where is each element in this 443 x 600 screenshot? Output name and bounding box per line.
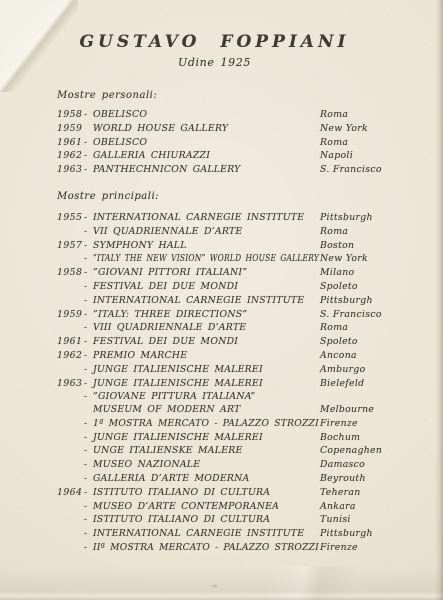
dash-separator: - bbox=[84, 280, 93, 294]
exhibition-row: - VIII QUADRIENNALE D’ARTE Roma bbox=[57, 321, 443, 335]
exhibition-year: 1963 bbox=[57, 163, 84, 177]
exhibition-title: ISTITUTO ITALIANO DI CULTURA bbox=[93, 513, 270, 527]
exhibition-row: 1958 - ”GIOVANI PITTORI ITALIANI” Milano bbox=[57, 266, 443, 280]
exhibition-title: FESTIVAL DEI DUE MONDI bbox=[93, 280, 238, 294]
dash-separator: - bbox=[84, 377, 93, 391]
dash-separator: - bbox=[84, 252, 93, 266]
exhibition-title-block: OBELISCO bbox=[93, 108, 320, 122]
exhibition-city: Roma bbox=[320, 225, 443, 239]
exhibition-row: - MUSEO D’ARTE CONTEMPORANEA Ankara bbox=[57, 500, 443, 514]
exhibition-title: JUNGE ITALIENISCHE MALEREI bbox=[93, 363, 263, 377]
exhibition-title-block: ISTITUTO ITALIANO DI CULTURA bbox=[93, 486, 320, 500]
dash-separator: - bbox=[84, 472, 93, 486]
exhibition-city: Firenze bbox=[320, 417, 443, 431]
exhibition-row: 1958 - OBELISCO Roma bbox=[57, 108, 443, 122]
exhibition-title: VII QUADRIENNALE D’ARTE bbox=[93, 225, 242, 239]
exhibition-title: MUSEO NAZIONALE bbox=[93, 458, 200, 472]
exhibition-title: ”GIOVANE PITTURA ITALIANA” bbox=[93, 390, 255, 404]
exhibition-title: SYMPHONY HALL bbox=[93, 239, 187, 253]
exhibition-title: JUNGE ITALIENISCHE MALEREI bbox=[93, 431, 263, 445]
exhibition-year: 1964 bbox=[57, 486, 84, 500]
page-title: GUSTAVO FOPPIANI bbox=[0, 32, 429, 52]
exhibition-title-block: FESTIVAL DEI DUE MONDI bbox=[93, 280, 320, 294]
section-mostre-personali: Mostre personali: 1958 - OBELISCO Roma 1… bbox=[0, 90, 443, 177]
exhibition-city: Spoleto bbox=[320, 335, 443, 349]
exhibition-title-line2: MUSEUM OF MODERN ART bbox=[93, 404, 319, 417]
exhibition-year: 1962 bbox=[57, 149, 84, 163]
exhibition-title: ”ITALY THE NEW VISION” WORLD HOUSE GALLE… bbox=[93, 252, 319, 266]
exhibition-city: Tunisi bbox=[320, 513, 443, 527]
exhibition-row: 1959 WORLD HOUSE GALLERY New York bbox=[57, 122, 443, 136]
dash-separator: - bbox=[84, 513, 93, 527]
exhibition-title-block: ”GIOVANI PITTORI ITALIANI” bbox=[93, 266, 320, 280]
exhibition-title: MUSEO D’ARTE CONTEMPORANEA bbox=[93, 500, 279, 514]
exhibition-city: New York bbox=[320, 252, 443, 266]
exhibition-list: 1955 - INTERNATIONAL CARNEGIE INSTITUTE … bbox=[0, 211, 443, 555]
exhibition-row: 1957 - SYMPHONY HALL Boston bbox=[57, 239, 443, 253]
exhibition-row: - INTERNATIONAL CARNEGIE INSTITUTE Pitts… bbox=[57, 527, 443, 541]
exhibition-title-block: JUNGE ITALIENISCHE MALEREI bbox=[93, 377, 320, 391]
exhibition-title: VIII QUADRIENNALE D’ARTE bbox=[93, 321, 246, 335]
exhibition-list: 1958 - OBELISCO Roma 1959 WORLD HOUSE GA… bbox=[0, 108, 443, 177]
exhibition-row: - GALLERIA D’ARTE MODERNA Beyrouth bbox=[57, 472, 443, 486]
exhibition-title: GALLERIA CHIURAZZI bbox=[93, 149, 210, 163]
exhibition-row: - IIª MOSTRA MERCATO - PALAZZO STROZZI F… bbox=[57, 541, 443, 555]
dash-separator: - bbox=[84, 486, 93, 500]
exhibition-city: Pittsburgh bbox=[320, 211, 443, 225]
exhibition-row: - JUNGE ITALIENISCHE MALEREI Bochum bbox=[57, 431, 443, 445]
exhibition-title-block: INTERNATIONAL CARNEGIE INSTITUTE bbox=[93, 294, 320, 308]
exhibition-title-block: UNGE ITALIENSKE MALERE bbox=[93, 444, 320, 458]
exhibition-title: PREMIO MARCHE bbox=[93, 349, 187, 363]
dash-separator: - bbox=[84, 527, 93, 541]
section-heading: Mostre personali: bbox=[57, 90, 443, 102]
dash-separator: - bbox=[84, 266, 93, 280]
exhibition-title-block: ”ITALY THE NEW VISION” WORLD HOUSE GALLE… bbox=[93, 252, 320, 266]
dash-separator: - bbox=[84, 239, 93, 253]
paper-crease-bottom bbox=[0, 566, 443, 600]
dash-separator: - bbox=[84, 225, 93, 239]
exhibition-title-block: JUNGE ITALIENISCHE MALEREI bbox=[93, 363, 320, 377]
exhibition-year: 1958 bbox=[57, 108, 84, 122]
exhibition-city: Damasco bbox=[320, 458, 443, 472]
exhibition-title: INTERNATIONAL CARNEGIE INSTITUTE bbox=[93, 294, 304, 308]
exhibition-year: 1961 bbox=[57, 335, 84, 349]
dash-separator: - bbox=[84, 349, 93, 363]
exhibition-row: - FESTIVAL DEI DUE MONDI Spoleto bbox=[57, 280, 443, 294]
section-heading: Mostre principali: bbox=[57, 191, 443, 203]
exhibition-year: 1958 bbox=[57, 266, 84, 280]
exhibition-city: Teheran bbox=[320, 486, 443, 500]
exhibition-city: Bielefeld bbox=[320, 377, 443, 391]
exhibition-year: 1963 bbox=[57, 377, 84, 391]
exhibition-city: Boston bbox=[320, 239, 443, 253]
exhibition-title: ISTITUTO ITALIANO DI CULTURA bbox=[93, 486, 270, 500]
exhibition-title: ”ITALY: THREE DIRECTIONS” bbox=[93, 308, 247, 322]
exhibition-title-block: GALLERIA CHIURAZZI bbox=[93, 149, 320, 163]
section-mostre-principali: Mostre principali: 1955 - INTERNATIONAL … bbox=[0, 191, 443, 555]
exhibition-title-block: VII QUADRIENNALE D’ARTE bbox=[93, 225, 320, 239]
exhibition-city: Spoleto bbox=[320, 280, 443, 294]
exhibition-title: INTERNATIONAL CARNEGIE INSTITUTE bbox=[93, 527, 304, 541]
exhibition-title: 1ª MOSTRA MERCATO - PALAZZO STROZZI bbox=[93, 417, 319, 431]
exhibition-title: FESTIVAL DEI DUE MONDI bbox=[93, 335, 238, 349]
dash-separator: - bbox=[84, 335, 93, 349]
exhibition-title: WORLD HOUSE GALLERY bbox=[93, 122, 228, 136]
exhibition-title-block: OBELISCO bbox=[93, 136, 320, 150]
exhibition-year: 1962 bbox=[57, 349, 84, 363]
exhibition-row: 1961 - FESTIVAL DEI DUE MONDI Spoleto bbox=[57, 335, 443, 349]
exhibition-title-block: 1ª MOSTRA MERCATO - PALAZZO STROZZI bbox=[93, 417, 320, 431]
exhibition-row: - ”ITALY THE NEW VISION” WORLD HOUSE GAL… bbox=[57, 252, 443, 266]
dash-separator: - bbox=[84, 417, 93, 431]
exhibition-row: - MUSEO NAZIONALE Damasco bbox=[57, 458, 443, 472]
dash-separator: - bbox=[84, 431, 93, 445]
exhibition-year: 1961 bbox=[57, 136, 84, 150]
exhibition-city: S. Francisco bbox=[320, 163, 443, 177]
exhibition-row: 1959 - ”ITALY: THREE DIRECTIONS” S. Fran… bbox=[57, 308, 443, 322]
dash-separator: - bbox=[84, 108, 93, 122]
exhibition-title-block: IIª MOSTRA MERCATO - PALAZZO STROZZI bbox=[93, 541, 320, 555]
exhibition-city: Ankara bbox=[320, 500, 443, 514]
dash-separator: - bbox=[84, 136, 93, 150]
exhibition-city: Copenaghen bbox=[320, 444, 443, 458]
exhibition-title: UNGE ITALIENSKE MALERE bbox=[93, 444, 243, 458]
exhibition-title-block: JUNGE ITALIENISCHE MALEREI bbox=[93, 431, 320, 445]
exhibition-title: GALLERIA D’ARTE MODERNA bbox=[93, 472, 250, 486]
exhibition-city: Bochum bbox=[320, 431, 443, 445]
exhibition-city: Roma bbox=[320, 321, 443, 335]
exhibition-row: 1962 - PREMIO MARCHE Ancona bbox=[57, 349, 443, 363]
exhibition-title-block: ISTITUTO ITALIANO DI CULTURA bbox=[93, 513, 320, 527]
page-subtitle: Udine 1925 bbox=[0, 56, 429, 69]
dash-separator: - bbox=[84, 363, 93, 377]
exhibition-title-block: MUSEO NAZIONALE bbox=[93, 458, 320, 472]
exhibition-row: 1963 - PANTHECHNICON GALLERY S. Francisc… bbox=[57, 163, 443, 177]
exhibition-city: Ancona bbox=[320, 349, 443, 363]
exhibition-row: - 1ª MOSTRA MERCATO - PALAZZO STROZZI Fi… bbox=[57, 417, 443, 431]
exhibition-year: 1959 bbox=[57, 308, 84, 322]
exhibition-title-block: INTERNATIONAL CARNEGIE INSTITUTE bbox=[93, 527, 320, 541]
dash-separator: - bbox=[84, 458, 93, 472]
exhibition-title-block: WORLD HOUSE GALLERY bbox=[93, 122, 320, 136]
exhibition-row: 1963 - JUNGE ITALIENISCHE MALEREI Bielef… bbox=[57, 377, 443, 391]
exhibition-title-block: INTERNATIONAL CARNEGIE INSTITUTE bbox=[93, 211, 320, 225]
dash-separator: - bbox=[84, 321, 93, 335]
exhibition-city: Melbourne bbox=[320, 403, 443, 417]
dash-separator: - bbox=[84, 149, 93, 163]
exhibition-title: IIª MOSTRA MERCATO - PALAZZO STROZZI bbox=[93, 541, 319, 555]
dash-separator: - bbox=[84, 541, 93, 555]
exhibition-row: 1964 - ISTITUTO ITALIANO DI CULTURA Tehe… bbox=[57, 486, 443, 500]
exhibition-city: Beyrouth bbox=[320, 472, 443, 486]
exhibition-title: INTERNATIONAL CARNEGIE INSTITUTE bbox=[93, 211, 304, 225]
dash-separator: - bbox=[84, 211, 93, 225]
exhibition-title: JUNGE ITALIENISCHE MALEREI bbox=[93, 377, 263, 391]
exhibition-title-block: SYMPHONY HALL bbox=[93, 239, 320, 253]
dash-separator: - bbox=[84, 308, 93, 322]
exhibition-row: - VII QUADRIENNALE D’ARTE Roma bbox=[57, 225, 443, 239]
exhibition-row: - ”GIOVANE PITTURA ITALIANA” MUSEUM OF M… bbox=[57, 390, 443, 416]
exhibition-year: 1957 bbox=[57, 239, 84, 253]
exhibition-title: PANTHECHNICON GALLERY bbox=[93, 163, 241, 177]
dash-separator: - bbox=[84, 444, 93, 458]
exhibition-title-block: FESTIVAL DEI DUE MONDI bbox=[93, 335, 320, 349]
exhibition-row: 1955 - INTERNATIONAL CARNEGIE INSTITUTE … bbox=[57, 211, 443, 225]
dash-separator: - bbox=[84, 163, 93, 177]
exhibition-city: Amburgo bbox=[320, 363, 443, 377]
scanned-exhibition-page: GUSTAVO FOPPIANI Udine 1925 Mostre perso… bbox=[0, 0, 443, 600]
exhibition-row: 1961 - OBELISCO Roma bbox=[57, 136, 443, 150]
exhibition-city: S. Francisco bbox=[320, 308, 443, 322]
exhibition-city: Pittsburgh bbox=[320, 294, 443, 308]
exhibition-title-block: ”GIOVANE PITTURA ITALIANA” MUSEUM OF MOD… bbox=[93, 390, 320, 416]
exhibition-title-block: PREMIO MARCHE bbox=[93, 349, 320, 363]
exhibition-sections: Mostre personali: 1958 - OBELISCO Roma 1… bbox=[0, 90, 443, 555]
exhibition-city: Pittsburgh bbox=[320, 527, 443, 541]
exhibition-title-block: ”ITALY: THREE DIRECTIONS” bbox=[93, 308, 320, 322]
exhibition-row: - UNGE ITALIENSKE MALERE Copenaghen bbox=[57, 444, 443, 458]
exhibition-city: Roma bbox=[320, 136, 443, 150]
exhibition-row: - INTERNATIONAL CARNEGIE INSTITUTE Pitts… bbox=[57, 294, 443, 308]
exhibition-title-block: PANTHECHNICON GALLERY bbox=[93, 163, 320, 177]
exhibition-title-block: MUSEO D’ARTE CONTEMPORANEA bbox=[93, 500, 320, 514]
exhibition-row: - JUNGE ITALIENISCHE MALEREI Amburgo bbox=[57, 363, 443, 377]
dash-separator: - bbox=[84, 294, 93, 308]
dash-separator: - bbox=[84, 390, 93, 404]
exhibition-title: OBELISCO bbox=[93, 136, 147, 150]
exhibition-row: - ISTITUTO ITALIANO DI CULTURA Tunisi bbox=[57, 513, 443, 527]
exhibition-city: Roma bbox=[320, 108, 443, 122]
exhibition-title-block: VIII QUADRIENNALE D’ARTE bbox=[93, 321, 320, 335]
exhibition-title: OBELISCO bbox=[93, 108, 147, 122]
exhibition-city: Napoli bbox=[320, 149, 443, 163]
exhibition-city: Milano bbox=[320, 266, 443, 280]
exhibition-title-block: GALLERIA D’ARTE MODERNA bbox=[93, 472, 320, 486]
exhibition-row: 1962 - GALLERIA CHIURAZZI Napoli bbox=[57, 149, 443, 163]
exhibition-city: Firenze bbox=[320, 541, 443, 555]
exhibition-year: 1959 bbox=[57, 122, 84, 136]
exhibition-city: New York bbox=[320, 122, 443, 136]
exhibition-year: 1955 bbox=[57, 211, 84, 225]
dash-separator: - bbox=[84, 500, 93, 514]
exhibition-title: ”GIOVANI PITTORI ITALIANI” bbox=[93, 266, 247, 280]
